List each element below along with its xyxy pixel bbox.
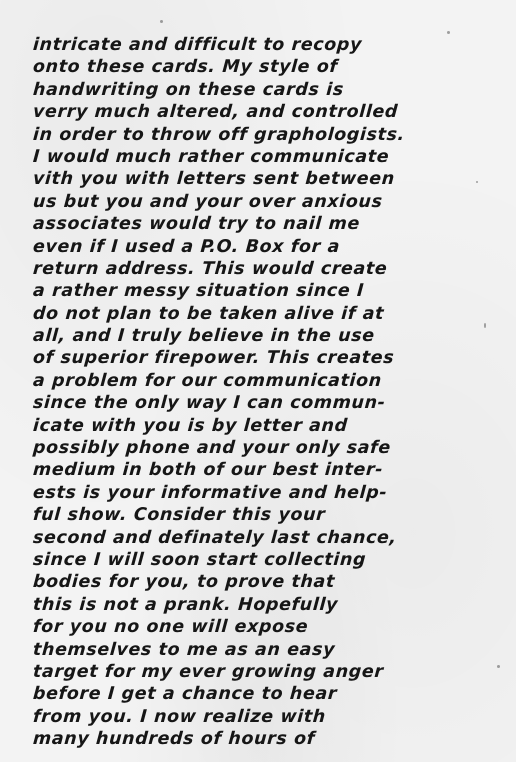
- text-line: medium in both of our best inter-: [32, 459, 484, 481]
- text-line: us but you and your over anxious: [32, 191, 484, 213]
- text-line: since the only way I can commun-: [32, 392, 484, 414]
- text-line: intricate and difficult to recopy: [32, 34, 484, 56]
- text-line: a rather messy situation since I: [32, 280, 484, 302]
- text-line: for you no one will expose: [32, 616, 484, 638]
- text-line: onto these cards. My style of: [32, 56, 484, 78]
- paper-speck: [497, 665, 500, 668]
- text-line: do not plan to be taken alive if at: [32, 303, 484, 325]
- text-line: themselves to me as an easy: [32, 639, 484, 661]
- text-line: many hundreds of hours of: [32, 728, 484, 750]
- text-line: since I will soon start collecting: [32, 549, 484, 571]
- text-line: ests is your informative and help-: [32, 482, 484, 504]
- text-line: handwriting on these cards is: [32, 79, 484, 101]
- text-line: icate with you is by letter and: [32, 415, 484, 437]
- handwritten-text-block: intricate and difficult to recopy onto t…: [33, 34, 483, 751]
- text-line: even if I used a P.O. Box for a: [32, 236, 484, 258]
- text-line: of superior firepower. This creates: [32, 347, 484, 369]
- paper-speck: [160, 20, 163, 23]
- text-line: all, and I truly believe in the use: [32, 325, 484, 347]
- text-line: associates would try to nail me: [32, 213, 484, 235]
- text-line: a problem for our communication: [32, 370, 484, 392]
- text-line: I would much rather communicate: [32, 146, 484, 168]
- handwritten-page: intricate and difficult to recopy onto t…: [0, 0, 516, 762]
- text-line: second and definately last chance,: [32, 527, 484, 549]
- text-line: ful show. Consider this your: [32, 504, 484, 526]
- text-line: this is not a prank. Hopefully: [32, 594, 484, 616]
- text-line: before I get a chance to hear: [32, 683, 484, 705]
- text-line: target for my ever growing anger: [32, 661, 484, 683]
- text-line: return address. This would create: [32, 258, 484, 280]
- paper-speck: [484, 323, 486, 328]
- text-line: vith you with letters sent between: [32, 168, 484, 190]
- text-line: in order to throw off graphologists.: [32, 124, 484, 146]
- text-line: possibly phone and your only safe: [32, 437, 484, 459]
- text-line: bodies for you, to prove that: [32, 571, 484, 593]
- text-line: from you. I now realize with: [32, 706, 484, 728]
- text-line: verry much altered, and controlled: [32, 101, 484, 123]
